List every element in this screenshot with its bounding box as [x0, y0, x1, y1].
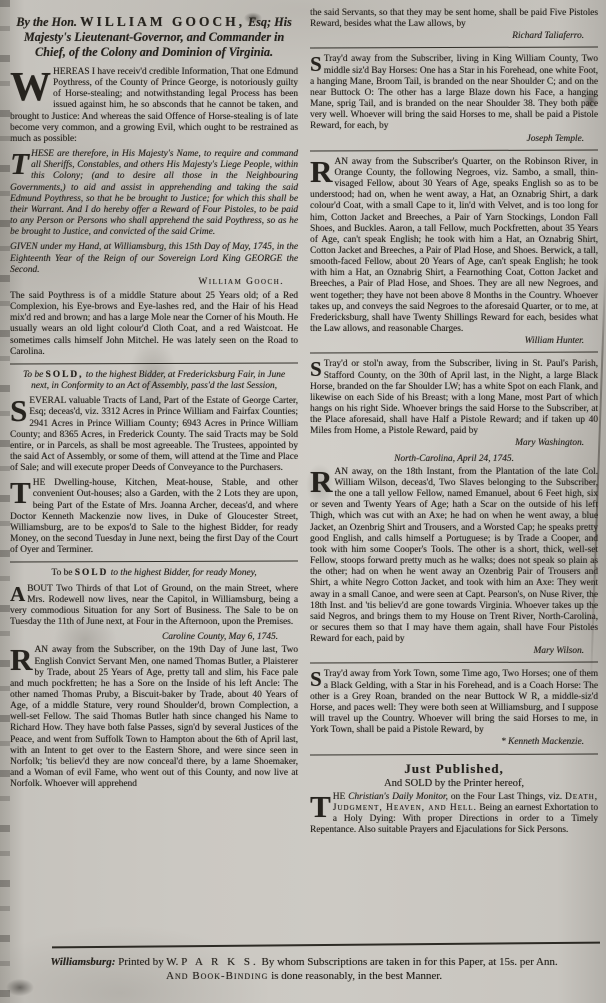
- heading-rest: to the highest Bidder, for ready Money,: [108, 568, 256, 578]
- paragraph-ran-away-north-carolina: RAN away, on the 18th Instant, from the …: [310, 467, 598, 646]
- heading-lead: To be: [23, 370, 46, 380]
- signature-hunter: William Hunter.: [310, 336, 598, 347]
- just-published-heading: Just Published,: [310, 761, 598, 776]
- paragraph-text: EVERAL valuable Tracts of Land, Part of …: [10, 396, 298, 473]
- paragraph-text: AN away from the Subscriber, on the 19th…: [10, 645, 298, 789]
- imprint-printed-by: Printed by W.: [118, 956, 178, 968]
- paragraph-text: Tray'd away from York Town, some Time ag…: [310, 669, 598, 735]
- dropcap: S: [310, 54, 322, 74]
- paper-edge-stain: [0, 0, 10, 1003]
- page-content: By the Hon. WILLIAM GOOCH, Esq; His Maje…: [10, 8, 598, 946]
- paragraph-text: Tray'd away from the Subscriber, living …: [310, 54, 598, 131]
- printer-name: P A R K S.: [181, 956, 259, 968]
- paragraph-text: AN away from the Subscriber's Quarter, o…: [310, 157, 598, 334]
- imprint-line-2: And Book-Binding is done reasonably, in …: [10, 970, 598, 984]
- paragraph-ran-away-caroline: RAN away from the Subscriber, on the 19t…: [10, 645, 298, 790]
- dropcap: R: [310, 157, 332, 185]
- section-divider: [310, 149, 598, 151]
- paragraph-dwelling-house: THE Dwelling-house, Kitchen, Meat-house,…: [10, 478, 298, 556]
- imprint-bookbinding: And Book-Binding: [166, 970, 268, 982]
- sold-by-printer-heading: And SOLD by the Printer hereof,: [310, 778, 598, 789]
- signature-gooch: William Gooch.: [10, 277, 298, 288]
- book-title: Christian's Daily Monitor,: [348, 792, 448, 802]
- proclamation-heading: By the Hon. WILLIAM GOOCH, Esq; His Maje…: [10, 14, 298, 60]
- dropcap: S: [310, 359, 322, 379]
- dropcap: T: [10, 149, 29, 177]
- signature-washington: Mary Washington.: [310, 438, 598, 449]
- imprint-subscriptions: By whom Subscriptions are taken in for t…: [261, 956, 557, 968]
- dropcap: R: [310, 467, 332, 495]
- dateline-caroline: Caroline County, May 6, 1745.: [10, 632, 298, 643]
- paragraph-text: HESE are therefore, in His Majesty's Nam…: [10, 149, 298, 237]
- paragraph-these: THESE are therefore, in His Majesty's Na…: [10, 149, 298, 238]
- dropcap: S: [310, 669, 322, 689]
- paragraph-text: BOUT Two Thirds of that Lot of Ground, o…: [10, 584, 298, 627]
- imprint-line-1: Williamsburg: Printed by W. P A R K S. B…: [10, 956, 598, 970]
- imprint-city: Williamsburg:: [50, 956, 115, 968]
- paragraph-several-tracts: SEVERAL valuable Tracts of Land, Part of…: [10, 396, 298, 474]
- paragraph-description: The said Poythress is of a middle Statur…: [10, 291, 298, 358]
- section-divider: [10, 561, 298, 563]
- governor-name: WILLIAM GOOCH,: [80, 14, 245, 29]
- section-divider: [310, 662, 598, 664]
- heading-lead: To be: [51, 568, 74, 578]
- section-divider: [310, 47, 598, 49]
- paragraph-text: on the Four Last Things, viz.: [448, 792, 565, 802]
- paragraph-text: Tray'd or stol'n away, from the Subscrib…: [310, 359, 598, 436]
- sale-heading-ready-money: To be SOLD to the highest Bidder, for re…: [14, 568, 294, 579]
- signature-mackenzie: * Kenneth Mackenzie.: [310, 737, 598, 748]
- paragraph-continuation: the said Servants, so that they may be s…: [310, 8, 598, 30]
- paragraph-text: HE: [333, 792, 348, 802]
- section-divider: [10, 362, 298, 364]
- right-column: the said Servants, so that they may be s…: [310, 8, 598, 946]
- paragraph-about-lot: ABOUT Two Thirds of that Lot of Ground, …: [10, 584, 298, 629]
- paragraph-ran-away-orange: RAN away from the Subscriber's Quarter, …: [310, 157, 598, 336]
- dateline-north-carolina: North-Carolina, April 24, 1745.: [310, 454, 598, 465]
- paragraph-text: The said Poythress is of a middle Statur…: [10, 291, 298, 357]
- sold-word: SOLD: [75, 568, 109, 578]
- paragraph-text: GIVEN under my Hand, at Williamsburg, th…: [10, 242, 298, 274]
- signature-taliaferro: Richard Taliaferro.: [310, 31, 598, 42]
- sold-word: SOLD,: [46, 370, 84, 380]
- paragraph-christians-daily-monitor: THE Christian's Daily Monitor, on the Fo…: [310, 792, 598, 837]
- section-divider: [310, 753, 598, 755]
- paragraph-text: HE Dwelling-house, Kitchen, Meat-house, …: [10, 478, 298, 555]
- imprint-bookbinding-rest: is done reasonably, in the best Manner.: [271, 970, 442, 982]
- paragraph-text: HEREAS I have receiv'd credible Informat…: [10, 67, 298, 144]
- signature-temple: Joseph Temple.: [310, 134, 598, 145]
- imprint: Williamsburg: Printed by W. P A R K S. B…: [10, 956, 598, 983]
- paragraph-text: AN away, on the 18th Instant, from the P…: [310, 467, 598, 644]
- dropcap: A: [10, 584, 25, 604]
- sale-heading-fredericksburg: To be SOLD, to the highest Bidder, at Fr…: [14, 370, 294, 392]
- section-divider: [310, 352, 598, 354]
- dropcap: T: [310, 792, 331, 820]
- paragraph-strayed-king-william: STray'd away from the Subscriber, living…: [310, 54, 598, 132]
- newspaper-page: By the Hon. WILLIAM GOOCH, Esq; His Maje…: [0, 0, 606, 1003]
- dropcap: T: [10, 478, 31, 506]
- dropcap: W: [10, 67, 51, 104]
- paragraph-strayed-stafford: STray'd or stol'n away, from the Subscri…: [310, 359, 598, 437]
- left-column: By the Hon. WILLIAM GOOCH, Esq; His Maje…: [10, 8, 298, 946]
- paragraph-strayed-york: STray'd away from York Town, some Time a…: [310, 669, 598, 736]
- dropcap: R: [10, 645, 32, 673]
- signature-wilson: Mary Wilson.: [310, 646, 598, 657]
- dropcap: S: [10, 396, 27, 424]
- heading-prefix: By the Hon.: [16, 15, 77, 29]
- paragraph-given: GIVEN under my Hand, at Williamsburg, th…: [10, 242, 298, 275]
- paragraph-whereas: WHEREAS I have receiv'd credible Informa…: [10, 67, 298, 145]
- paragraph-text: the said Servants, so that they may be s…: [310, 8, 598, 29]
